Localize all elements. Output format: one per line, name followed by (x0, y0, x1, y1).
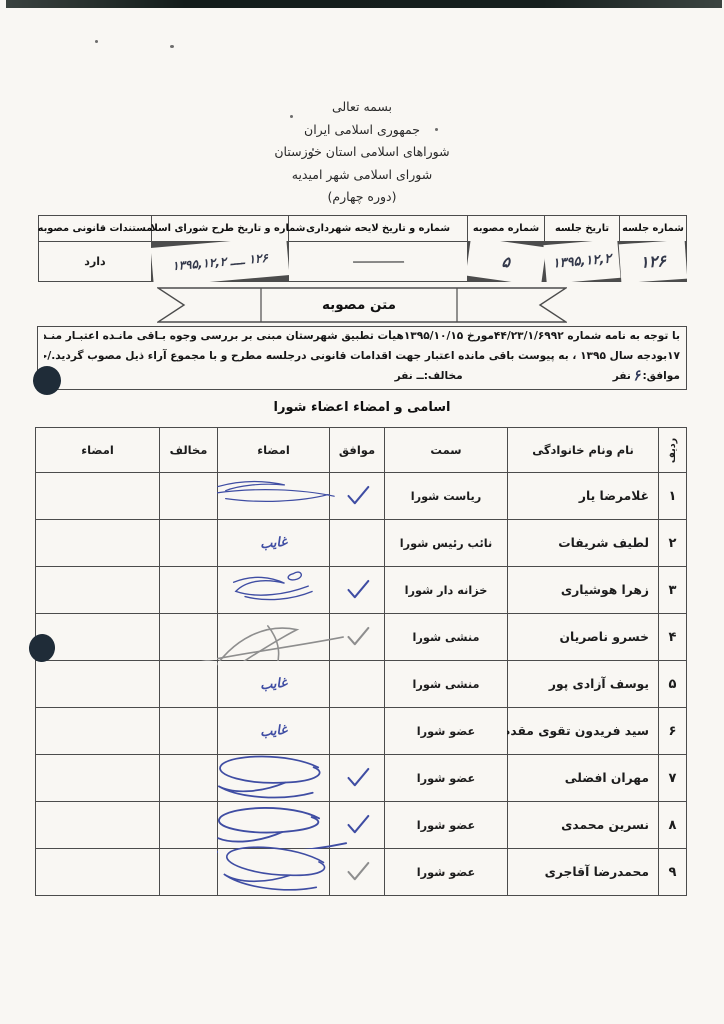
republic-line: جمهوری اسلامی ایران (0, 119, 724, 142)
info-col-label: شماره و تاریخ لایحه شهرداری (289, 216, 467, 241)
members-header-0: ردیف (659, 428, 686, 472)
member-name: غلامرضا یار (508, 473, 658, 519)
member-oppose-cell (160, 661, 217, 707)
member-vote-cell (330, 802, 384, 848)
member-signature2-cell (36, 849, 159, 895)
absent-note: غایب (259, 722, 288, 740)
agree-suffix: نفر (613, 370, 631, 382)
member-oppose-cell (160, 802, 217, 848)
member-row-number: ۹ (659, 849, 686, 895)
document-header: بسمه تعالی جمهوری اسلامی ایران شوراهای ا… (0, 96, 724, 209)
member-vote-cell (330, 614, 384, 660)
check-mark-icon (344, 860, 371, 884)
oppose-text: مخالف:ــ نفر (395, 370, 463, 382)
members-section-title: اسامی و امضاء اعضاء شورا (0, 400, 724, 415)
member-position: عضو شورا (385, 708, 507, 754)
province-council-line: شوراهای اسلامی استان خوزستان (0, 141, 724, 164)
scanned-document-page: بسمه تعالی جمهوری اسلامی ایران شوراهای ا… (0, 0, 724, 1024)
member-name: نسرین محمدی (508, 802, 658, 848)
member-name: سید فریدون تقوی مقدم (508, 708, 658, 754)
info-col-value: ۱۲۶ ــــ ۱۳۹۵,۱۲,۲ (151, 236, 290, 287)
agree-label: موافق: (642, 370, 680, 382)
member-signature-cell (218, 473, 329, 519)
member-name: محمدرضا آقاجری (508, 849, 658, 895)
scan-speck (95, 40, 98, 43)
resolution-line-2-text: ۱۷بودجه سال ۱۳۹۵ ، به پیوست باقی مانده ا… (44, 350, 680, 362)
check-mark-icon (344, 484, 371, 508)
member-position: نائب رئیس شورا (385, 520, 507, 566)
member-oppose-cell (160, 755, 217, 801)
info-col-label: مستندات قانونی مصوبه (39, 216, 151, 241)
member-signature-cell (218, 614, 329, 660)
info-table: شماره جلسهتاریخ جلسهشماره مصوبهشماره و ت… (38, 215, 687, 282)
member-name: زهرا هوشیاری (508, 567, 658, 613)
member-name: لطیف شریفات (508, 520, 658, 566)
resolution-line-1: با توجه به نامه شماره ۴۴/۲۳/۱/۶۹۹۲مورخ ۱… (44, 330, 680, 347)
member-signature-cell: غایب (218, 520, 329, 566)
info-col-label: شماره جلسه (620, 216, 686, 241)
banner-title: متن مصوبه (261, 287, 457, 323)
info-col-value: ۵ (466, 237, 547, 286)
member-oppose-cell (160, 708, 217, 754)
resolution-text-box: با توجه به نامه شماره ۴۴/۲۳/۱/۶۹۹۲مورخ ۱… (37, 326, 687, 390)
member-oppose-cell (160, 849, 217, 895)
member-row-number: ۶ (659, 708, 686, 754)
member-oppose-cell (160, 567, 217, 613)
member-vote-cell (330, 708, 384, 754)
member-signature2-cell (36, 473, 159, 519)
member-vote-cell (330, 755, 384, 801)
members-header-6: امضاء (36, 428, 159, 472)
member-name: خسرو ناصریان (508, 614, 658, 660)
member-signature2-cell (36, 567, 159, 613)
member-position: عضو شورا (385, 802, 507, 848)
member-row-number: ۷ (659, 755, 686, 801)
member-row-number: ۸ (659, 802, 686, 848)
member-oppose-cell (160, 520, 217, 566)
term-line: (دوره چهارم) (0, 186, 724, 209)
members-header-5: مخالف (160, 428, 217, 472)
member-position: ریاست شورا (385, 473, 507, 519)
member-signature2-cell (36, 520, 159, 566)
member-vote-cell (330, 661, 384, 707)
hole-punch-top (33, 366, 61, 395)
check-mark-icon (344, 813, 371, 837)
member-oppose-cell (160, 473, 217, 519)
member-position: منشی شورا (385, 661, 507, 707)
bismillah-line: بسمه تعالی (0, 96, 724, 119)
members-header-2: سمت (385, 428, 507, 472)
member-signature-cell (218, 567, 329, 613)
info-col-value: — (289, 242, 467, 281)
info-col-value: ۱۲۶ (619, 240, 688, 284)
signature-scribble (213, 566, 333, 616)
agree-count-handwritten: ۶ (632, 367, 642, 384)
members-header-3: موافق (330, 428, 384, 472)
info-col-value: ۱۳۹۵,۱۲,۲ (543, 239, 620, 284)
dash-mark: — (349, 255, 407, 268)
members-header-4: امضاء (218, 428, 329, 472)
member-row-number: ۳ (659, 567, 686, 613)
member-row-number: ۴ (659, 614, 686, 660)
scan-edge-band (6, 0, 722, 8)
member-signature2-cell (36, 802, 159, 848)
absent-note: غایب (259, 675, 288, 693)
member-signature2-cell (36, 755, 159, 801)
member-row-number: ۱ (659, 473, 686, 519)
member-signature-cell (218, 849, 329, 895)
radif-label: ردیف (667, 437, 678, 462)
member-position: منشی شورا (385, 614, 507, 660)
member-row-number: ۵ (659, 661, 686, 707)
member-vote-cell (330, 520, 384, 566)
member-name: مهران افضلی (508, 755, 658, 801)
info-col-label: تاریخ جلسه (545, 216, 619, 241)
member-position: خزانه دار شورا (385, 567, 507, 613)
member-vote-cell (330, 849, 384, 895)
member-position: عضو شورا (385, 849, 507, 895)
member-signature2-cell (36, 614, 159, 660)
absent-note: غایب (259, 534, 288, 552)
check-mark-icon (344, 578, 371, 602)
resolution-line-2: ۱۷بودجه سال ۱۳۹۵ ، به پیوست باقی مانده ا… (44, 347, 680, 364)
member-signature-cell (218, 802, 329, 848)
member-vote-cell (330, 473, 384, 519)
resolution-banner: متن مصوبه (157, 287, 567, 323)
member-signature-cell (218, 755, 329, 801)
info-col-value: دارد (39, 242, 151, 281)
members-table: ردیفنام ونام خانوادگیسمتموافقامضاءمخالفا… (35, 427, 687, 896)
member-oppose-cell (160, 614, 217, 660)
signature-scribble (210, 477, 338, 517)
members-header-1: نام ونام خانوادگی (508, 428, 658, 472)
member-name: یوسف آزادی پور (508, 661, 658, 707)
member-signature-cell: غایب (218, 661, 329, 707)
check-mark-icon (344, 625, 371, 649)
member-signature2-cell (36, 708, 159, 754)
member-position: عضو شورا (385, 755, 507, 801)
member-vote-cell (330, 567, 384, 613)
city-council-line: شورای اسلامی شهر امیدیه (0, 164, 724, 187)
member-signature-cell: غایب (218, 708, 329, 754)
member-row-number: ۲ (659, 520, 686, 566)
scan-speck (170, 45, 174, 48)
check-mark-icon (344, 766, 371, 790)
vote-summary-line: موافق:۶نفر مخالف:ــ نفر (44, 368, 680, 384)
member-signature2-cell (36, 661, 159, 707)
